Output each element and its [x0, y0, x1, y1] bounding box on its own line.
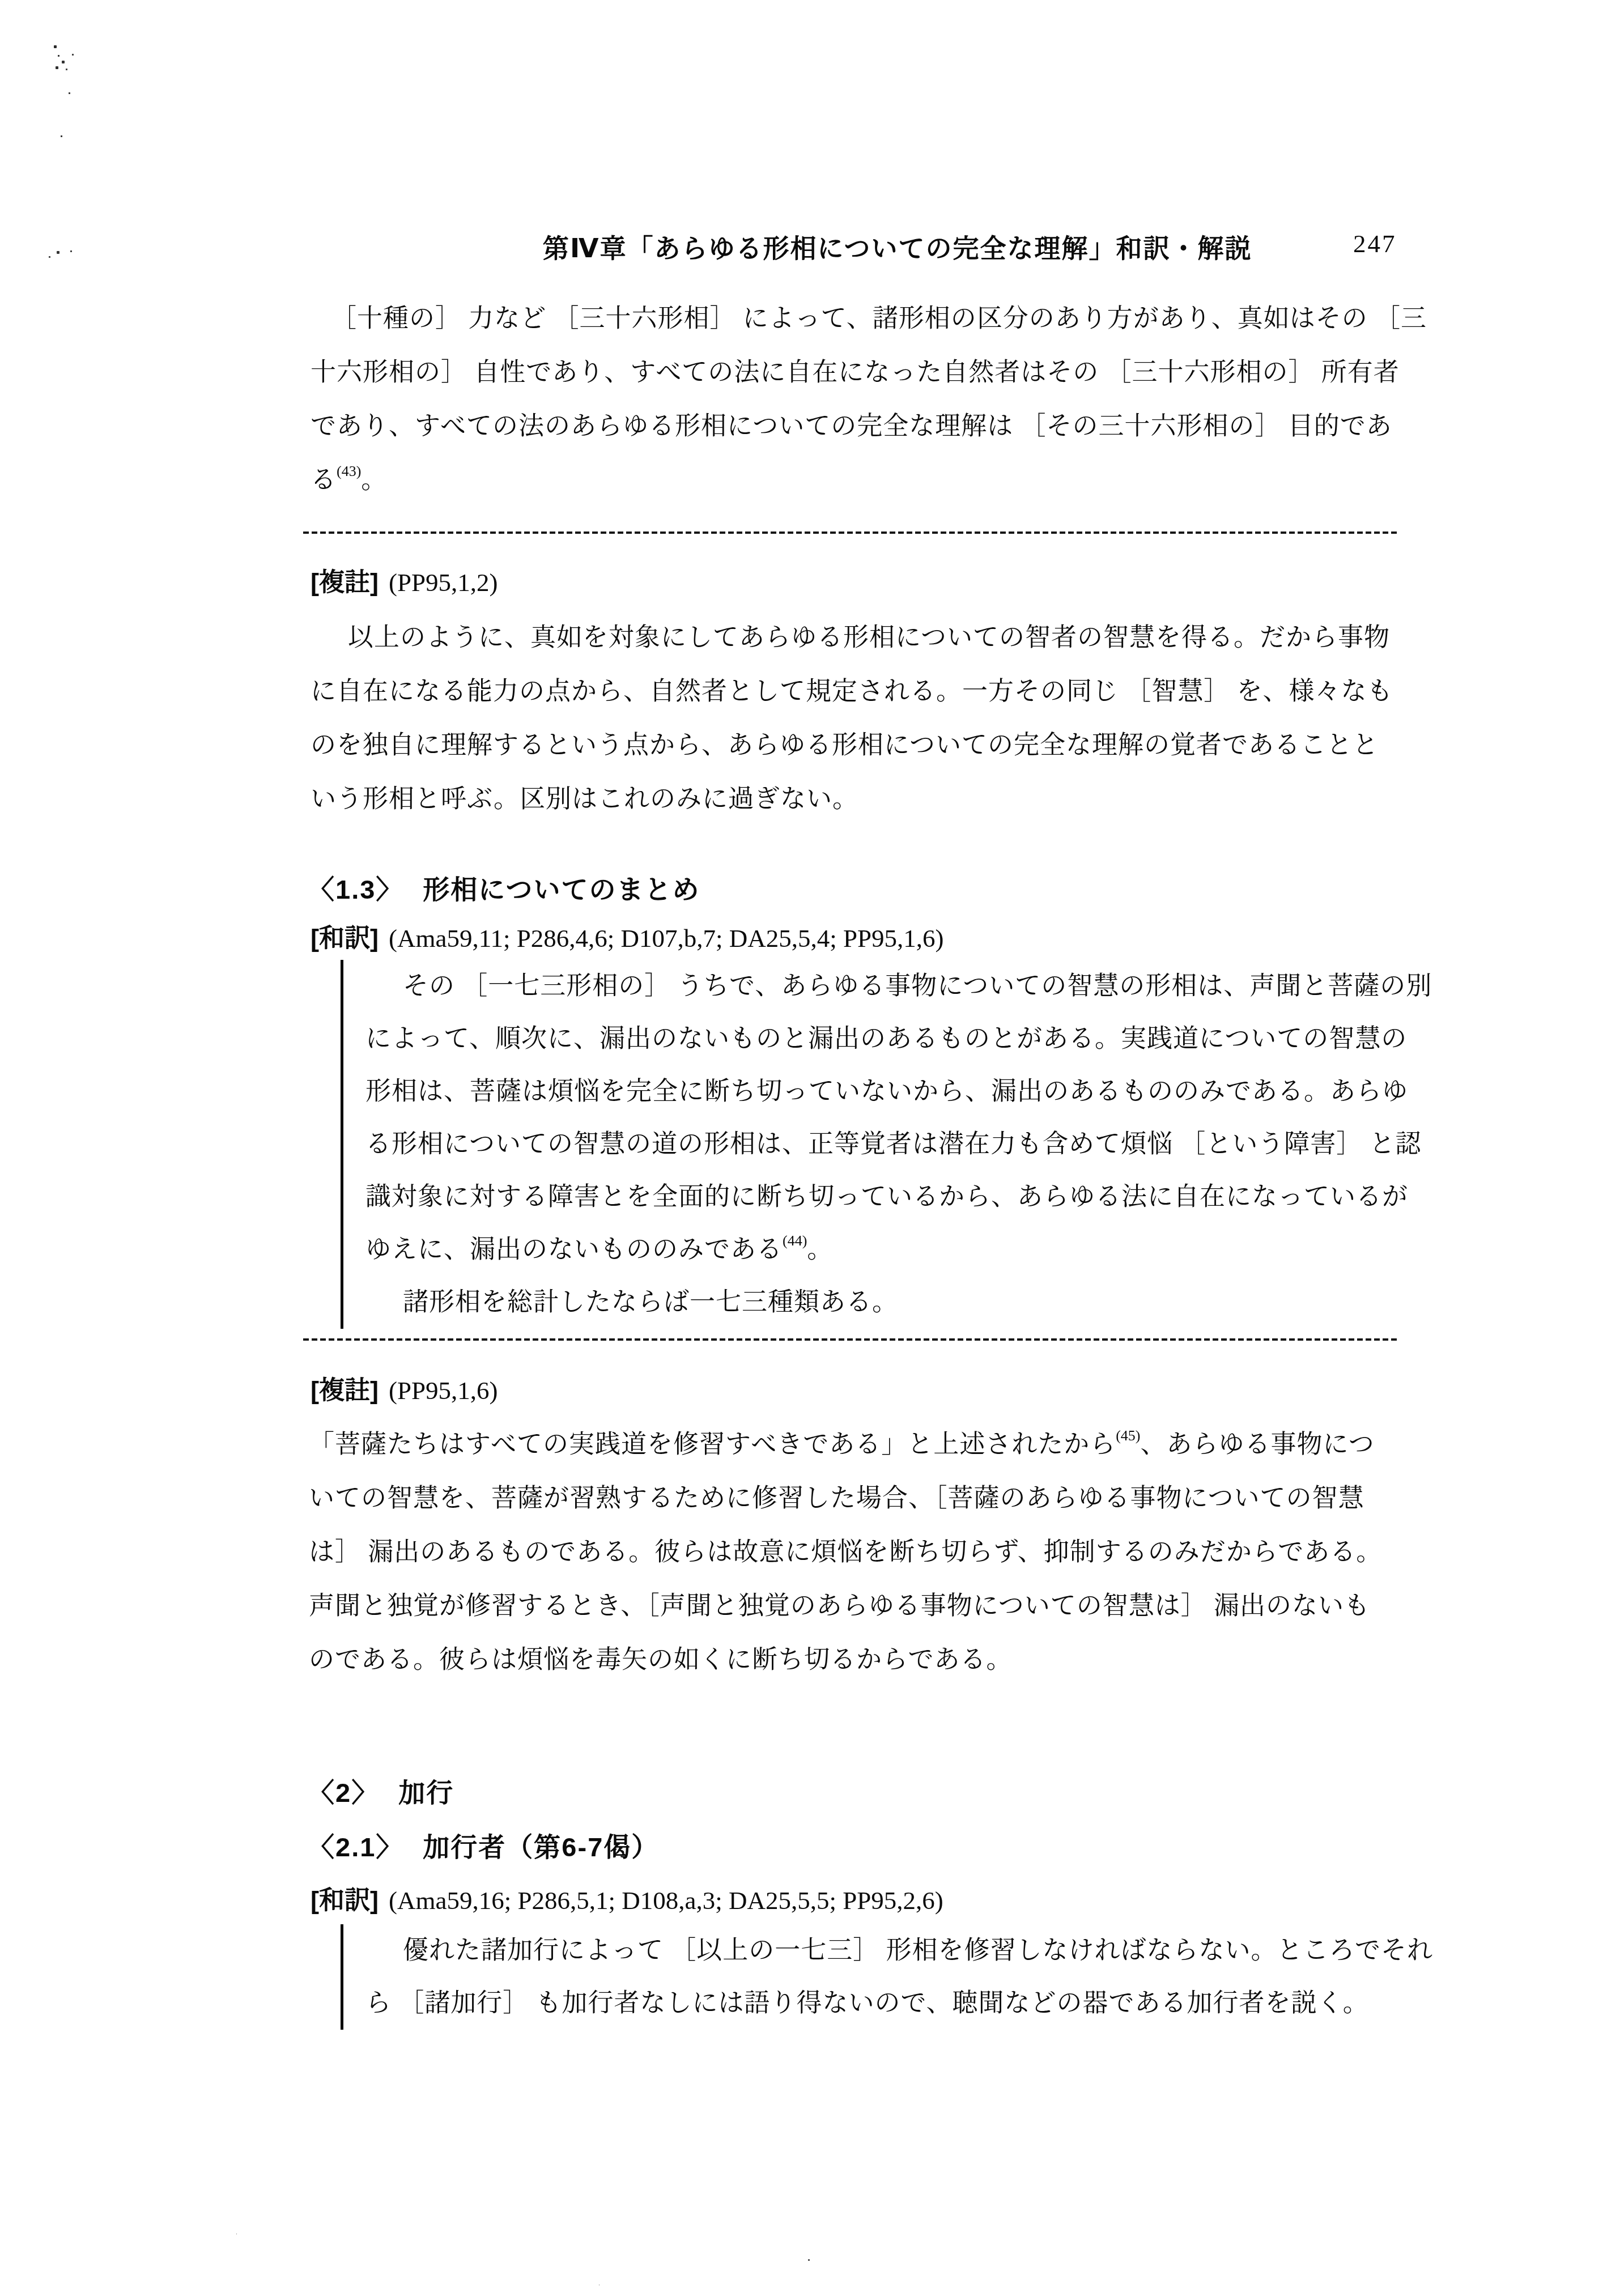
scan-noise: [54, 45, 57, 48]
fukuchu-ref: (PP95,1,2): [389, 568, 498, 597]
fukuchu-heading: [複註](PP95,1,2): [311, 562, 498, 603]
section-title: 形相についてのまとめ: [423, 874, 700, 904]
text-line: いての智慧を、菩薩が習熟するために修習した場合、［菩薩のあらゆる事物についての智…: [309, 1472, 1411, 1525]
text-line: によって、順次に、漏出のないものと漏出のあるものとがある。実践道についての智慧の: [365, 1013, 1414, 1065]
text-line: のを独自に理解するという点から、あらゆる形相についての完全な理解の覚者であること…: [311, 718, 1410, 772]
text-line: のである。彼らは煩悩を毒矢の如くに断ち切るからである。: [309, 1633, 1411, 1687]
line-text: る: [311, 466, 337, 494]
section-number: 〈2〉: [308, 1778, 379, 1808]
text-line: 以上のように、真如を対象にしてあらゆる形相についての智者の智慧を得る。だから事物: [311, 611, 1410, 665]
dashed-separator: [303, 1338, 1400, 1341]
text-line: 声聞と独覚が修習するとき、［声聞と独覚のあらゆる事物についての智慧は］ 漏出のな…: [309, 1579, 1411, 1633]
running-header-title: 第Ⅳ章「あらゆる形相についての完全な理解」和訳・解説: [543, 228, 1252, 265]
text-line: 識対象に対する障害とを全面的に断ち切っているから、あらゆる法に自在になっているが: [365, 1171, 1414, 1223]
line-text: 。: [361, 466, 387, 494]
text-line: ら ［諸加行］ も加行者なしには語り得ないので、聴聞などの器である加行者を説く。: [365, 1977, 1414, 2030]
intro-paragraph: ［十種の］ 力など ［三十六形相］ によって、諸形相の区分のあり方があり、真如は…: [311, 292, 1410, 507]
text-line-with-note: る(43)。: [311, 453, 1410, 507]
text-line-with-note: 「菩薩たちはすべての実践道を修習すべきである」と上述されたから(45)、あらゆる…: [309, 1418, 1411, 1472]
wayaku-heading: [和訳](Ama59,16; P286,5,1; D108,a,3; DA25,…: [311, 1880, 943, 1921]
wayaku-ref: (Ama59,16; P286,5,1; D108,a,3; DA25,5,5;…: [389, 1886, 943, 1915]
line-text: 、あらゆる事物につ: [1141, 1430, 1375, 1459]
section-heading-1-3: 〈1.3〉形相についてのまとめ: [308, 869, 700, 910]
wayaku-heading: [和訳](Ama59,11; P286,4,6; D107,b,7; DA25,…: [311, 918, 944, 959]
footnote-ref-44: (44): [783, 1232, 807, 1249]
scanned-page: 第Ⅳ章「あらゆる形相についての完全な理解」和訳・解説 247 ［十種の］ 力など…: [0, 0, 1624, 2296]
section-title: 加行者（第6-7偈）: [423, 1832, 659, 1862]
footnote-ref-43: (43): [337, 463, 361, 479]
text-line-with-note: ゆえに、漏出のないもののみである(44)。: [365, 1223, 1414, 1276]
page-number: 247: [1353, 229, 1397, 258]
text-line: は］ 漏出のあるものである。彼らは故意に煩悩を断ち切らず、抑制するのみだからであ…: [309, 1525, 1411, 1579]
section-heading-2-1: 〈2.1〉加行者（第6-7偈）: [308, 1827, 659, 1868]
fukuchu-heading: [複註](PP95,1,6): [311, 1370, 498, 1411]
footnote-ref-45: (45): [1116, 1427, 1140, 1444]
section-heading-2: 〈2〉加行: [308, 1772, 454, 1813]
fukuchu-label: [複註]: [311, 568, 379, 597]
text-line: に自在になる能力の点から、自然者として規定される。一方その同じ ［智慧］ を、様…: [311, 665, 1410, 718]
section-number: 〈1.3〉: [308, 874, 403, 904]
wayaku-label: [和訳]: [311, 924, 379, 953]
fukuchu-ref: (PP95,1,6): [389, 1376, 498, 1405]
translation-quote-block: 優れた諸加行によって ［以上の一七三］ 形相を修習しなければならない。ところでそ…: [341, 1924, 1414, 2030]
text-line: であり、すべての法のあらゆる形相についての完全な理解は ［その三十六形相の］ 目…: [311, 399, 1410, 453]
text-line: いう形相と呼ぶ。区別はこれのみに過ぎない。: [311, 772, 1410, 826]
text-line: その ［一七三形相の］ うちで、あらゆる事物についての智慧の形相は、声聞と菩薩の…: [365, 960, 1414, 1013]
line-text: 。: [807, 1235, 833, 1264]
dashed-separator: [303, 532, 1400, 534]
text-line: 十六形相の］ 自性であり、すべての法に自在になった自然者はその ［三十六形相の］…: [311, 346, 1410, 399]
text-line: ［十種の］ 力など ［三十六形相］ によって、諸形相の区分のあり方があり、真如は…: [311, 292, 1410, 346]
wayaku-ref: (Ama59,11; P286,4,6; D107,b,7; DA25,5,4;…: [389, 924, 944, 953]
fukuchu-label: [複註]: [311, 1376, 379, 1405]
translation-quote-block: その ［一七三形相の］ うちで、あらゆる事物についての智慧の形相は、声聞と菩薩の…: [341, 960, 1414, 1329]
text-line: 形相は、菩薩は煩悩を完全に断ち切っていないから、漏出のあるもののみである。あらゆ: [365, 1065, 1414, 1118]
fukuchu-paragraph: 「菩薩たちはすべての実践道を修習すべきである」と上述されたから(45)、あらゆる…: [309, 1418, 1411, 1687]
fukuchu-paragraph: 以上のように、真如を対象にしてあらゆる形相についての智者の智慧を得る。だから事物…: [311, 611, 1410, 826]
section-title: 加行: [398, 1778, 454, 1808]
text-line: る形相についての智慧の道の形相は、正等覚者は潜在力も含めて煩悩 ［という障害］ …: [365, 1118, 1414, 1171]
wayaku-label: [和訳]: [311, 1886, 379, 1915]
line-text: 「菩薩たちはすべての実践道を修習すべきである」と上述されたから: [309, 1430, 1116, 1459]
text-line: 優れた諸加行によって ［以上の一七三］ 形相を修習しなければならない。ところでそ…: [365, 1924, 1414, 1977]
text-line: 諸形相を総計したならば一七三種類ある。: [365, 1276, 1414, 1329]
section-number: 〈2.1〉: [308, 1832, 403, 1862]
line-text: ゆえに、漏出のないもののみである: [365, 1235, 783, 1264]
